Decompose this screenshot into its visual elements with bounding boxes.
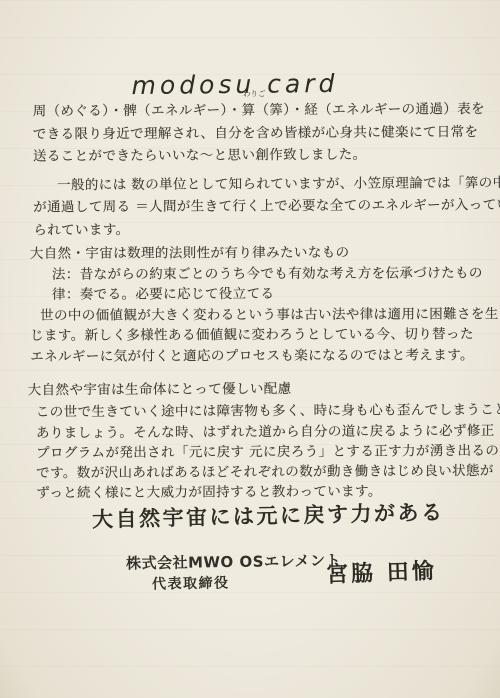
handwritten-line: ありましょう。そんな時、はずれた道から自分の道に戻るように必ず修正 — [28, 420, 500, 443]
handwritten-line: 一般的には 数の単位として知られていますが、小笠原理論では「筭の中をエネルギー — [33, 171, 500, 196]
handwritten-line: 送ることができたらいいな〜と思い創作致しました。 — [33, 143, 500, 168]
paper-speck-texture — [0, 0, 3, 3]
handwritten-line: です。数が沢山あればあるほどそれぞれの数が動き働きはじめ良い状態が — [28, 461, 500, 484]
handwritten-line: 大自然や宇宙は生命体にとって優しい配慮 — [28, 378, 500, 401]
handwritten-letter-photo: modosu card わりご 周（めぐる）・髀（エネルギー）・算（筭）・経（エ… — [0, 0, 500, 698]
closing-slogan: 大自然宇宙には元に戻す力がある — [92, 496, 445, 533]
handwritten-line: 周（めぐる）・髀（エネルギー）・算（筭）・経（エネルギーの通過）表を — [33, 98, 500, 123]
handwritten-line: エネルギーに気が付くと適応のプロセスも楽になるのではと考えます。 — [30, 345, 499, 367]
handwritten-line: じます。新しく多様性ある価値観に変わろうとしている今、切り替った — [30, 324, 499, 346]
signature: 宮脇 田愉 — [325, 554, 437, 589]
handwritten-line: できる限り身近で理解され、自分を含め皆様が心身共に健楽にて日常を — [33, 120, 500, 145]
handwritten-line: プログラムが発出され「元に戻す 元に戻ろう」とする正す力が湧き出るのだそう — [28, 441, 500, 464]
handwritten-line: られています。 — [33, 216, 500, 241]
letter-title: modosu card — [0, 68, 470, 102]
company-name: 株式会社MWO OSエレメント — [126, 549, 341, 573]
paragraph-nature-law: 大自然・宇宙は数理的法則性が有り律みたいなもの 法：昔ながらの約束ごとのうち今で… — [30, 242, 499, 367]
handwritten-line: が通過して周る ＝人間が生きて行く上で必要な全てのエネルギーが入っている」とまと… — [33, 194, 500, 219]
furigana-annotation: わりご — [243, 88, 266, 99]
handwritten-line: 法：昔ながらの約束ごとのうち今でも有効な考え方を伝承づけたもの — [30, 263, 499, 285]
representative-role: 代表取締役 — [152, 572, 230, 593]
handwritten-line: 世の中の価値観が大きく変わるという事は古い法や律は適用に困難さを生 — [30, 304, 499, 326]
paragraph-intro: 周（めぐる）・髀（エネルギー）・算（筭）・経（エネルギーの通過）表を できる限り… — [33, 98, 500, 242]
paragraph-kind-care: 大自然や宇宙は生命体にとって優しい配慮 この世で生きていく途中には障害物も多く、… — [28, 378, 500, 504]
handwritten-line: 大自然・宇宙は数理的法則性が有り律みたいなもの — [30, 242, 499, 264]
handwritten-line: この世で生きていく途中には障害物も多く、時に身も心も歪んでしまうことが — [28, 400, 500, 423]
handwritten-line: 律：奏でる。必要に応じて役立てる — [30, 283, 499, 305]
